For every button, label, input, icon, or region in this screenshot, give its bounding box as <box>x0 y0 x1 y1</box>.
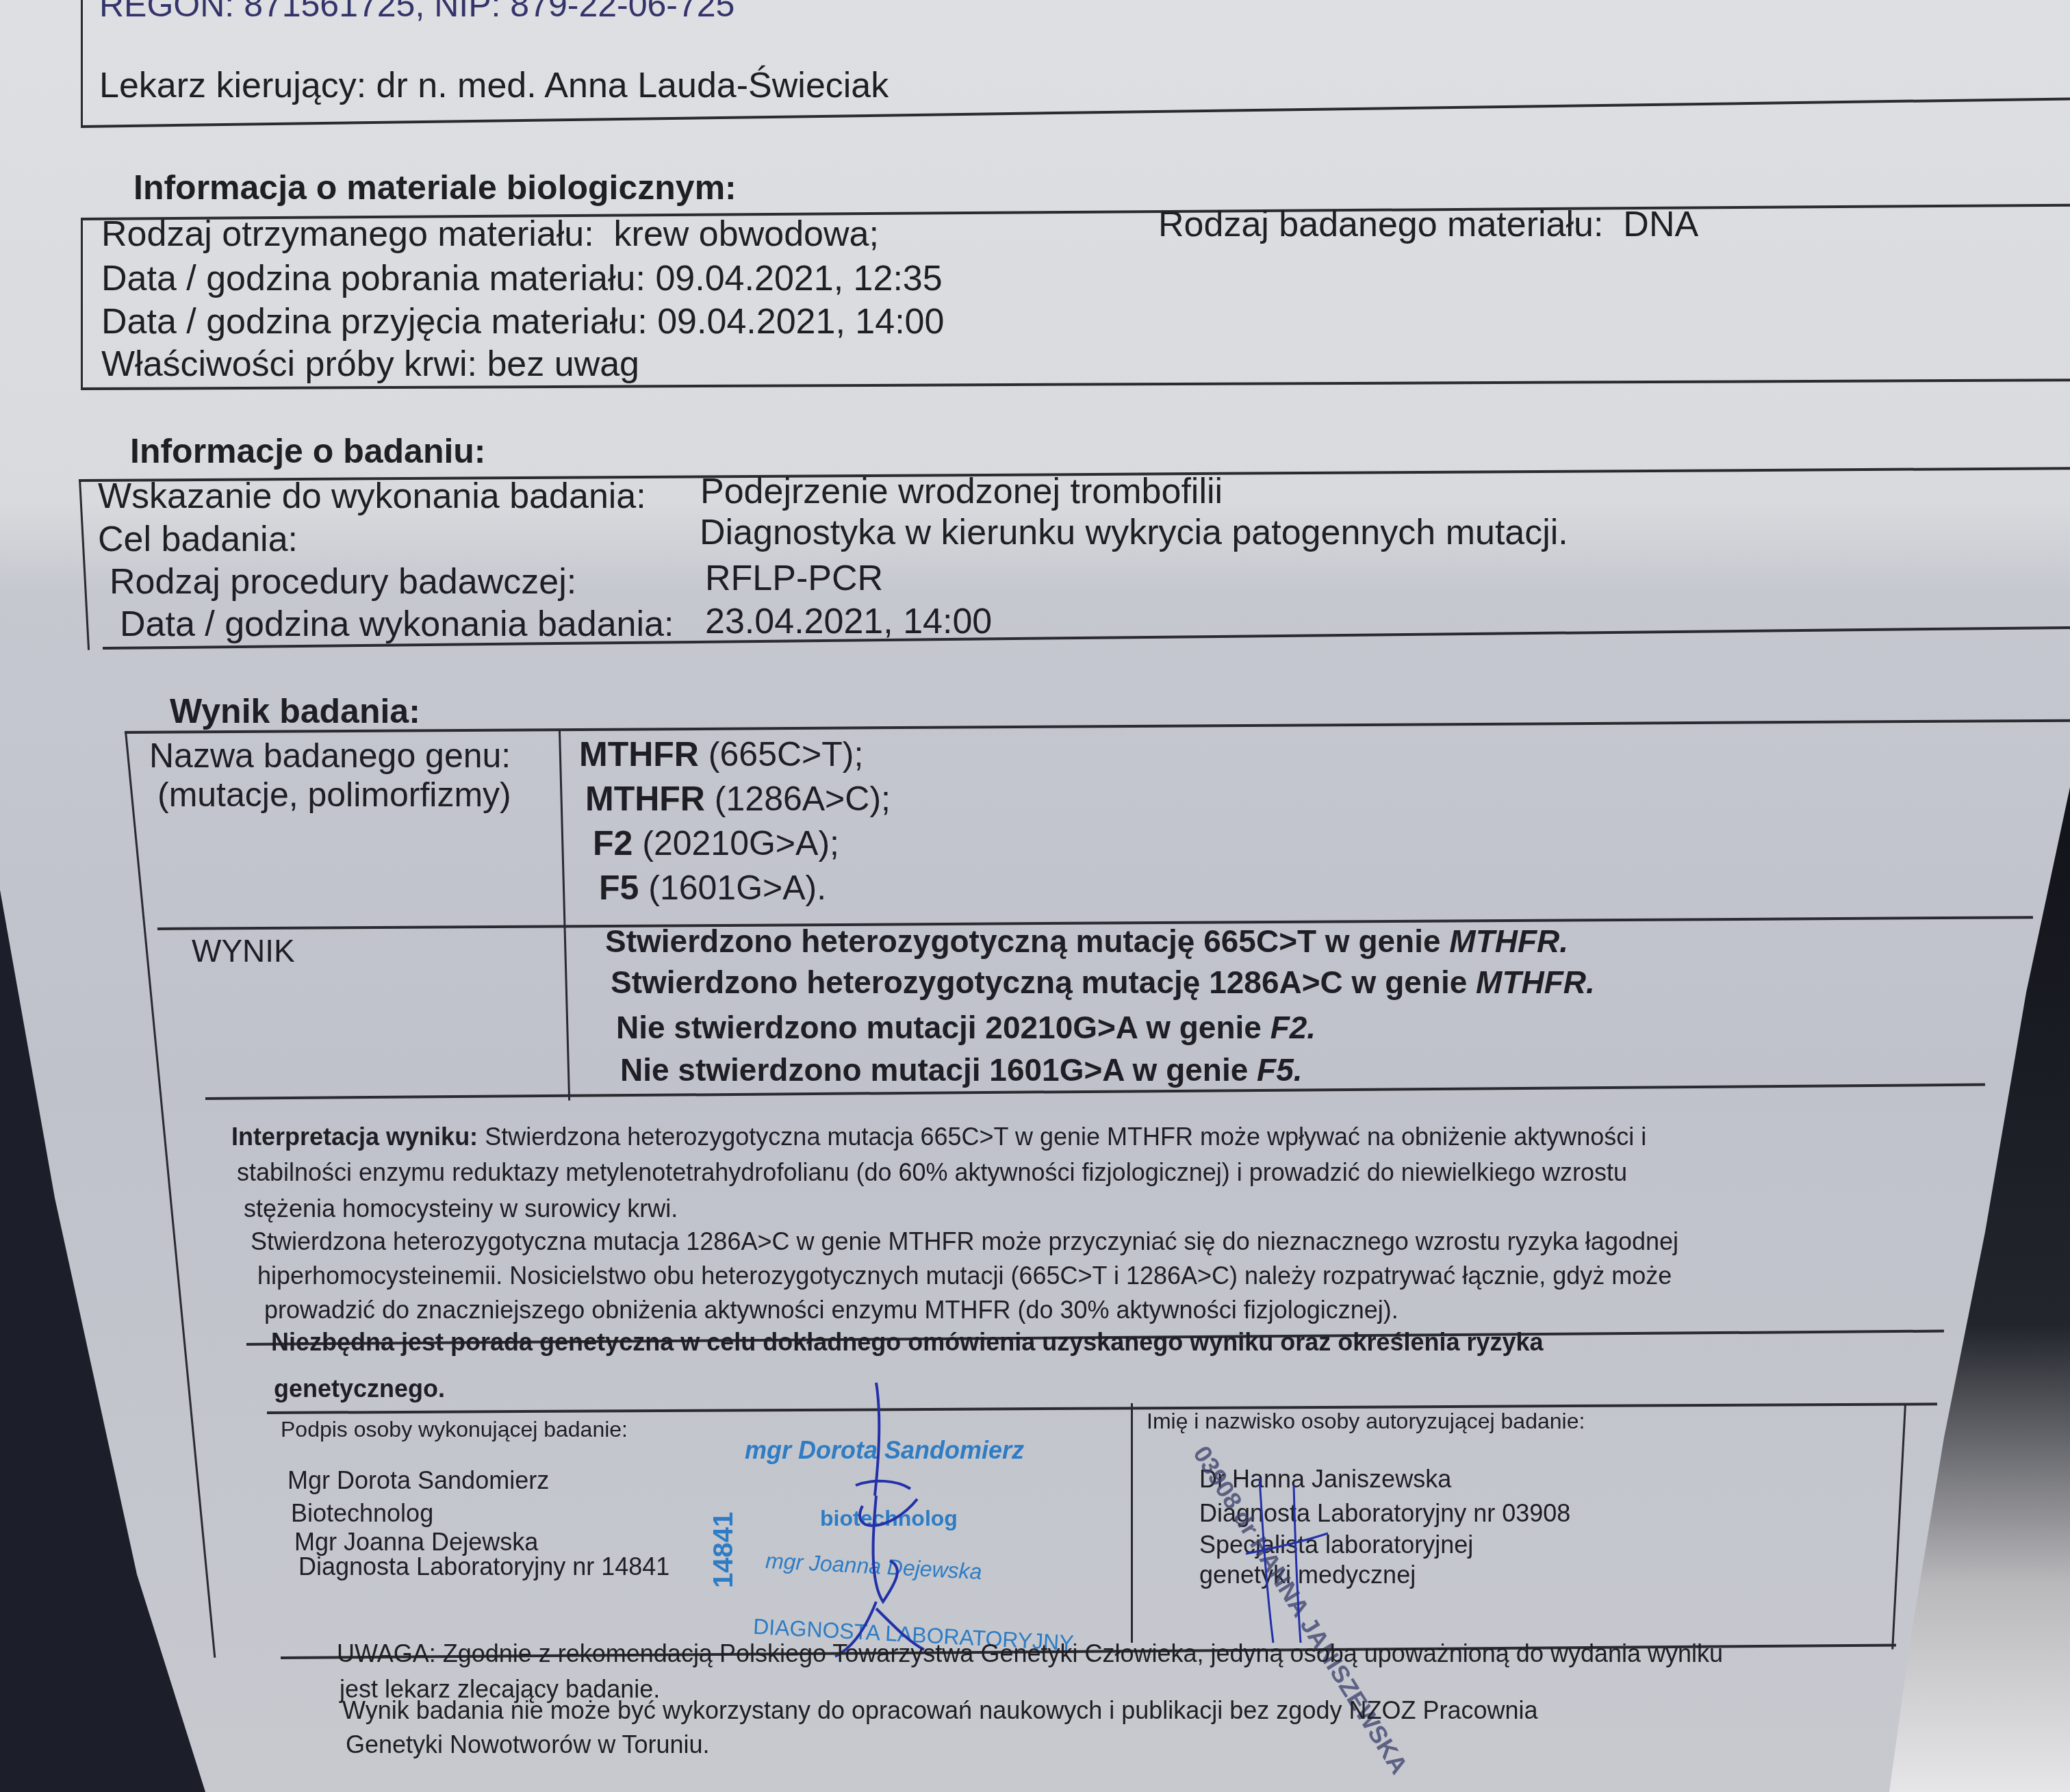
interpretation-label: Interpretacja wyniku: <box>231 1123 478 1151</box>
procedure-label: Rodzaj procedury badawczej: <box>110 561 576 602</box>
received-material-value: krew obwodowa; <box>614 214 879 254</box>
authorizer-label: Imię i nazwisko osoby autoryzującej bada… <box>1147 1409 1585 1434</box>
tested-material: Rodzaj badanego materiału: DNA <box>1158 204 1698 245</box>
indication-label: Wskazanie do wykonania badania: <box>98 476 646 517</box>
gene-item: F5 (1601G>A). <box>599 868 826 908</box>
finding-gene: MTHFR. <box>1476 964 1595 1000</box>
material-section-title: Informacja o materiale biologicznym: <box>133 168 737 207</box>
goal-label: Cel badania: <box>98 519 298 560</box>
finding-item: Nie stwierdzono mutacji 20210G>A w genie… <box>616 1009 1316 1046</box>
tested-material-value: DNA <box>1623 205 1698 244</box>
interpretation-line: hiperhomocysteinemii. Nosicielstwo obu h… <box>257 1262 1672 1290</box>
collection-label: Data / godzina pobrania materiału: <box>101 259 646 298</box>
gene-item: F2 (20210G>A); <box>593 823 839 863</box>
authorizer-signature-icon <box>1232 1472 1335 1650</box>
goal-value: Diagnostyka w kierunku wykrycia patogenn… <box>700 512 1568 553</box>
procedure-value: RFLP-PCR <box>705 558 883 599</box>
gene-name: F2 <box>593 824 632 862</box>
performed-label: Data / godzina wykonania badania: <box>120 604 674 645</box>
performed-value: 23.04.2021, 14:00 <box>705 601 992 642</box>
handwritten-signature-icon <box>808 1376 945 1663</box>
interpretation-line: Interpretacja wyniku: Stwierdzona hetero… <box>231 1123 1646 1151</box>
signature-row-top <box>267 1403 1937 1414</box>
signature-divider <box>1131 1403 1133 1643</box>
counseling-line-2: genetycznego. <box>274 1374 445 1403</box>
stamp-number: 14841 <box>708 1512 739 1588</box>
finding-gene: F2. <box>1270 1010 1316 1045</box>
received-material-label: Rodzaj otrzymanego materiału: <box>101 214 594 254</box>
note-line: Wynik badania nie może być wykorzystany … <box>342 1696 1538 1725</box>
collection-datetime: Data / godzina pobrania materiału: 09.04… <box>101 258 943 299</box>
material-box-left <box>81 218 83 389</box>
finding-text: Stwierdzono heterozygotyczną mutację 665… <box>605 923 1449 959</box>
finding-item: Nie stwierdzono mutacji 1601G>A w genie … <box>620 1051 1303 1088</box>
gene-item: MTHFR (1286A>C); <box>585 779 891 819</box>
study-section-title: Informacje o badaniu: <box>130 431 486 471</box>
referring-doctor: Lekarz kierujący: dr n. med. Anna Lauda-… <box>99 65 889 106</box>
finding-item: Stwierdzono heterozygotyczną mutację 128… <box>611 964 1595 1001</box>
performer-label: Podpis osoby wykonującej badanie: <box>281 1417 628 1442</box>
finding-item: Stwierdzono heterozygotyczną mutację 665… <box>605 923 1568 960</box>
genes-label-2: (mutacje, polimorfizmy) <box>157 775 511 815</box>
interpretation-line: stężenia homocysteiny w surowicy krwi. <box>244 1194 678 1223</box>
referring-doctor-label: Lekarz kierujący: <box>99 66 366 105</box>
gene-name: F5 <box>599 869 639 907</box>
interpretation-text: Stwierdzona heterozygotyczna mutacja 665… <box>485 1123 1646 1151</box>
reception-label: Data / godzina przyjęcia materiału: <box>101 302 648 342</box>
result-section-title: Wynik badania: <box>170 691 420 731</box>
finding-text: Nie stwierdzono mutacji 1601G>A w genie <box>620 1052 1257 1088</box>
tested-material-label: Rodzaj badanego materiału: <box>1158 205 1603 244</box>
interpretation-line: stabilności enzymu reduktazy metylenotet… <box>237 1158 1627 1187</box>
performer-line: Biotechnolog <box>291 1499 433 1528</box>
gene-variant: (1286A>C); <box>715 780 891 818</box>
finding-gene: MTHFR. <box>1449 923 1568 959</box>
genes-label-1: Nazwa badanego genu: <box>149 736 511 776</box>
gene-item: MTHFR (665C>T); <box>579 734 863 774</box>
gene-variant: (1601G>A). <box>648 869 826 907</box>
counseling-line-1: Niezbędna jest porada genetyczna w celu … <box>271 1328 1544 1357</box>
regon-line: REGON: 871561725, NIP: 879-22-06-725 <box>99 0 734 25</box>
performer-line: Diagnosta Laboratoryjny nr 14841 <box>298 1552 669 1581</box>
interpretation-line: Stwierdzona heterozygotyczna mutacja 128… <box>251 1227 1678 1256</box>
gene-variant: (20210G>A); <box>642 824 839 862</box>
gene-name: MTHFR <box>585 780 705 818</box>
finding-gene: F5. <box>1257 1052 1302 1088</box>
received-material: Rodzaj otrzymanego materiału: krew obwod… <box>101 214 879 255</box>
sample-properties-value: bez uwag <box>487 344 639 384</box>
note-line: Genetyki Nowotworów w Toruniu. <box>346 1730 710 1759</box>
result-table-divider <box>559 731 570 1101</box>
sample-properties-label: Właściwości próby krwi: <box>101 344 477 384</box>
study-box-left <box>79 479 90 650</box>
sample-properties: Właściwości próby krwi: bez uwag <box>101 344 639 385</box>
reception-datetime: Data / godzina przyjęcia materiału: 09.0… <box>101 301 944 342</box>
referring-doctor-name: dr n. med. Anna Lauda-Świeciak <box>376 66 889 105</box>
interpretation-line: prowadzić do znaczniejszego obniżenia ak… <box>264 1296 1398 1324</box>
wynik-label: WYNIK <box>192 932 295 969</box>
indication-value: Podejrzenie wrodzonej trombofilii <box>700 471 1223 512</box>
gene-name: MTHFR <box>579 735 699 773</box>
performer-line: Mgr Dorota Sandomierz <box>287 1466 549 1495</box>
gene-variant: (665C>T); <box>708 735 863 773</box>
reception-value: 09.04.2021, 14:00 <box>657 302 944 342</box>
header-box-left-border <box>81 0 83 127</box>
finding-text: Nie stwierdzono mutacji 20210G>A w genie <box>616 1010 1270 1045</box>
lab-report-page: REGON: 871561725, NIP: 879-22-06-725 Lek… <box>0 0 2070 1792</box>
note-line: UWAGA: Zgodnie z rekomendacją Polskiego … <box>337 1639 1723 1668</box>
result-table-left <box>125 731 216 1658</box>
finding-text: Stwierdzono heterozygotyczną mutację 128… <box>611 964 1476 1000</box>
collection-value: 09.04.2021, 12:35 <box>655 259 942 298</box>
signature-box-right <box>1891 1403 1906 1650</box>
